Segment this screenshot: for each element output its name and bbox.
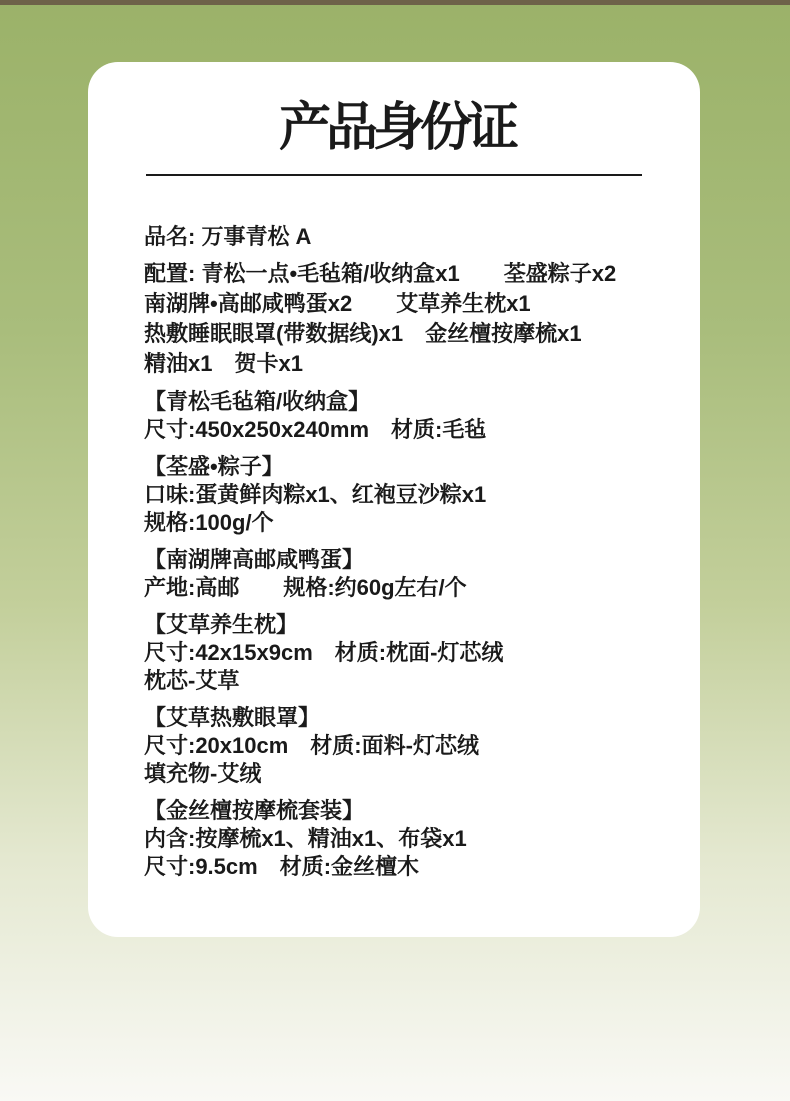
product-id-card: 产品身份证 品名: 万事青松 A 配置: 青松一点•毛毡箱/收纳盒x1 荃盛粽子…: [88, 62, 700, 937]
section-line: 尺寸:9.5cm 材质:金丝檀木: [144, 853, 644, 881]
section-line: 填充物-艾绒: [144, 760, 644, 788]
config-line: 热敷睡眠眼罩(带数据线)x1 金丝檀按摩梳x1: [144, 319, 644, 349]
section-line: 规格:100g/个: [144, 509, 644, 537]
section-header: 【金丝檀按摩梳套装】: [144, 797, 644, 825]
section-header: 【南湖牌高邮咸鸭蛋】: [144, 546, 644, 574]
config-line: 配置: 青松一点•毛毡箱/收纳盒x1 荃盛粽子x2: [144, 259, 644, 289]
page-title: 产品身份证: [144, 100, 644, 157]
product-config-block: 配置: 青松一点•毛毡箱/收纳盒x1 荃盛粽子x2 南湖牌•高邮咸鸭蛋x2 艾草…: [144, 259, 644, 379]
section-salted-duck-egg: 【南湖牌高邮咸鸭蛋】 产地:高邮 规格:约60g左右/个: [144, 546, 644, 602]
section-header: 【荃盛•粽子】: [144, 453, 644, 481]
section-line: 产地:高邮 规格:约60g左右/个: [144, 574, 644, 602]
section-felt-box: 【青松毛毡箱/收纳盒】 尺寸:450x250x240mm 材质:毛毡: [144, 388, 644, 444]
section-massage-comb: 【金丝檀按摩梳套装】 内含:按摩梳x1、精油x1、布袋x1 尺寸:9.5cm 材…: [144, 797, 644, 881]
page-background: 产品身份证 品名: 万事青松 A 配置: 青松一点•毛毡箱/收纳盒x1 荃盛粽子…: [0, 0, 790, 1101]
product-name-line: 品名: 万事青松 A: [144, 222, 644, 252]
config-line: 精油x1 贺卡x1: [144, 349, 644, 379]
section-header: 【艾草热敷眼罩】: [144, 704, 644, 732]
section-line: 尺寸:20x10cm 材质:面料-灯芯绒: [144, 732, 644, 760]
top-border-strip: [0, 0, 790, 5]
title-divider: [146, 174, 642, 176]
section-line: 内含:按摩梳x1、精油x1、布袋x1: [144, 825, 644, 853]
section-header: 【青松毛毡箱/收纳盒】: [144, 388, 644, 416]
section-eye-mask: 【艾草热敷眼罩】 尺寸:20x10cm 材质:面料-灯芯绒 填充物-艾绒: [144, 704, 644, 788]
section-wormwood-pillow: 【艾草养生枕】 尺寸:42x15x9cm 材质:枕面-灯芯绒 枕芯-艾草: [144, 611, 644, 695]
section-line: 口味:蛋黄鲜肉粽x1、红袍豆沙粽x1: [144, 481, 644, 509]
section-line: 枕芯-艾草: [144, 667, 644, 695]
section-header: 【艾草养生枕】: [144, 611, 644, 639]
section-line: 尺寸:42x15x9cm 材质:枕面-灯芯绒: [144, 639, 644, 667]
config-line: 南湖牌•高邮咸鸭蛋x2 艾草养生枕x1: [144, 289, 644, 319]
section-line: 尺寸:450x250x240mm 材质:毛毡: [144, 416, 644, 444]
section-zongzi: 【荃盛•粽子】 口味:蛋黄鲜肉粽x1、红袍豆沙粽x1 规格:100g/个: [144, 453, 644, 537]
